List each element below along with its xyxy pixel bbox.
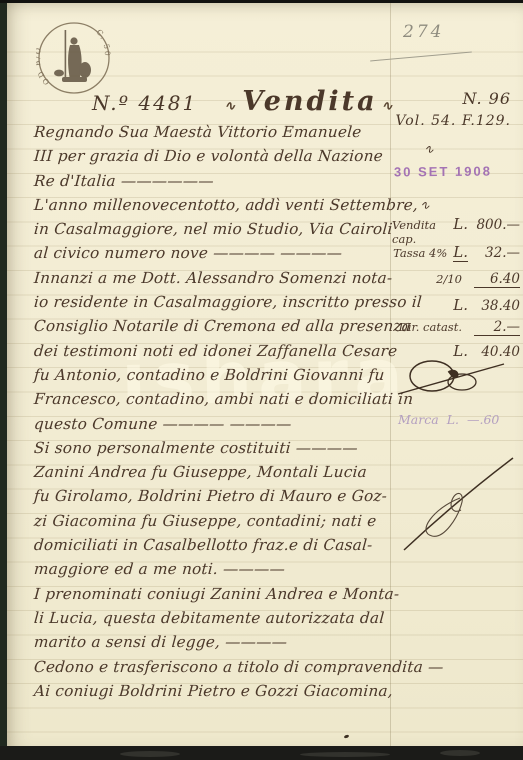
embossed-revenue-seal: OD B/O C. 50	[36, 20, 112, 96]
fee-amount: 800.—	[474, 217, 520, 233]
fee-amount: 32.—	[474, 245, 520, 261]
fee-amount: 2.—	[474, 319, 520, 336]
body-line: fu Antonio, contadino e Boldrini Giovann…	[33, 363, 397, 387]
notary-paraph-circle	[396, 350, 508, 402]
marca-amount: —.60	[467, 412, 499, 427]
body-line: Innanzi a me Dott. Alessandro Somenzi no…	[33, 266, 397, 290]
body-line: fu Girolamo, Boldrini Pietro di Mauro e …	[33, 484, 397, 508]
body-line: L'anno millenovecentotto, addì venti Set…	[33, 193, 397, 217]
body-line: marito a sensi di legge, ————	[33, 630, 397, 654]
deed-body-text: Regnando Sua Maestà Vittorio Emanuele II…	[34, 120, 396, 703]
body-line: zi Giacomina fu Giuseppe, contadini; nat…	[33, 509, 397, 533]
body-line: al civico numero nove ———— ————	[33, 241, 397, 265]
fee-row-sale-capital: Vendita cap. L. 800.—	[392, 215, 520, 246]
flourish-left: ∿	[224, 99, 238, 114]
registry-annotations: N. 96 Vol. 54. F.129.	[395, 88, 511, 132]
fee-currency: L.	[453, 296, 468, 314]
notary-paraph-flourish	[398, 446, 520, 558]
fee-amount: 38.40	[474, 298, 520, 314]
body-line: Si sono personalmente costituiti ————	[33, 436, 397, 460]
act-title: ∿Vendita∿	[220, 86, 399, 117]
fee-row-tax: Tassa 4% L. 32.—	[392, 243, 520, 262]
body-line: Re d'Italia ——————	[33, 169, 397, 193]
fee-currency: L.	[453, 215, 468, 233]
scan-edge-left	[0, 0, 7, 760]
svg-text:OD B/O: OD B/O	[36, 46, 51, 87]
fee-row-surcharge: 2/10 6.40	[392, 271, 520, 288]
document-scan: ishara OD B/O C. 50 274 N.º 4481 ∿Vendit…	[0, 0, 523, 760]
body-line: li Lucia, questa debitamente autorizzata…	[33, 606, 397, 630]
fee-label: 2/10	[436, 272, 462, 286]
registry-volume: Vol. 54. F.129.	[395, 110, 511, 132]
body-line: III per grazia di Dio e volontà della Na…	[33, 144, 397, 168]
body-line: maggiore ed a me noti. ————	[33, 557, 397, 581]
fee-label: Dir. catast.	[399, 320, 462, 334]
body-line: in Casalmaggiore, nel mio Studio, Via Ca…	[33, 217, 397, 241]
body-line: Cedono e trasferiscono a titolo di compr…	[33, 655, 397, 679]
act-heading: N.º 4481 ∿Vendita∿	[92, 86, 392, 117]
body-line: Zanini Andrea fu Giuseppe, Montali Lucia	[33, 460, 397, 484]
body-line: dei testimoni noti ed idonei Zaffanella …	[33, 339, 397, 363]
body-line: io residente in Casalmaggiore, inscritto…	[33, 290, 397, 314]
body-line: Regnando Sua Maestà Vittorio Emanuele	[33, 120, 397, 144]
fee-label: Vendita cap.	[392, 218, 447, 246]
act-number: N.º 4481	[92, 91, 197, 115]
fee-row-subtotal: L. 38.40	[392, 296, 520, 314]
marca-note: Marca L. —.60	[398, 412, 499, 427]
scan-edge-bottom	[0, 746, 523, 760]
fee-row-cadastral: Dir. catast. 2.—	[392, 319, 520, 336]
body-line: I prenominati coniugi Zanini Andrea e Mo…	[33, 582, 397, 606]
svg-text:C. 50: C. 50	[94, 28, 112, 58]
body-line: Consiglio Notarile di Cremona ed alla pr…	[33, 314, 397, 338]
seal-arc-left-text: OD B/O	[36, 46, 51, 87]
body-line: domiciliati in Casalbellotto fraz.e di C…	[33, 533, 397, 557]
body-line: questo Comune ———— ————	[33, 412, 397, 436]
body-line: Francesco, contadino, ambi nati e domici…	[33, 387, 397, 411]
fee-amount: 6.40	[474, 271, 520, 288]
marca-label: Marca	[398, 412, 439, 427]
registry-number: N. 96	[395, 88, 511, 110]
act-title-text: Vendita	[242, 86, 377, 117]
seal-arc-right-text: C. 50	[94, 28, 112, 58]
archival-number-pencil: 274	[403, 22, 444, 42]
italia-figure-icon	[54, 30, 91, 82]
flourish-right: ∿	[382, 99, 396, 114]
fee-currency: L.	[453, 243, 468, 262]
body-line: Ai coniugi Boldrini Pietro e Gozzi Giaco…	[33, 679, 397, 703]
fee-label: Tassa 4%	[393, 246, 447, 260]
date-stamp: 30 SET 1908	[394, 164, 492, 180]
marca-currency: L.	[447, 412, 459, 427]
scan-edge-top	[0, 0, 523, 3]
